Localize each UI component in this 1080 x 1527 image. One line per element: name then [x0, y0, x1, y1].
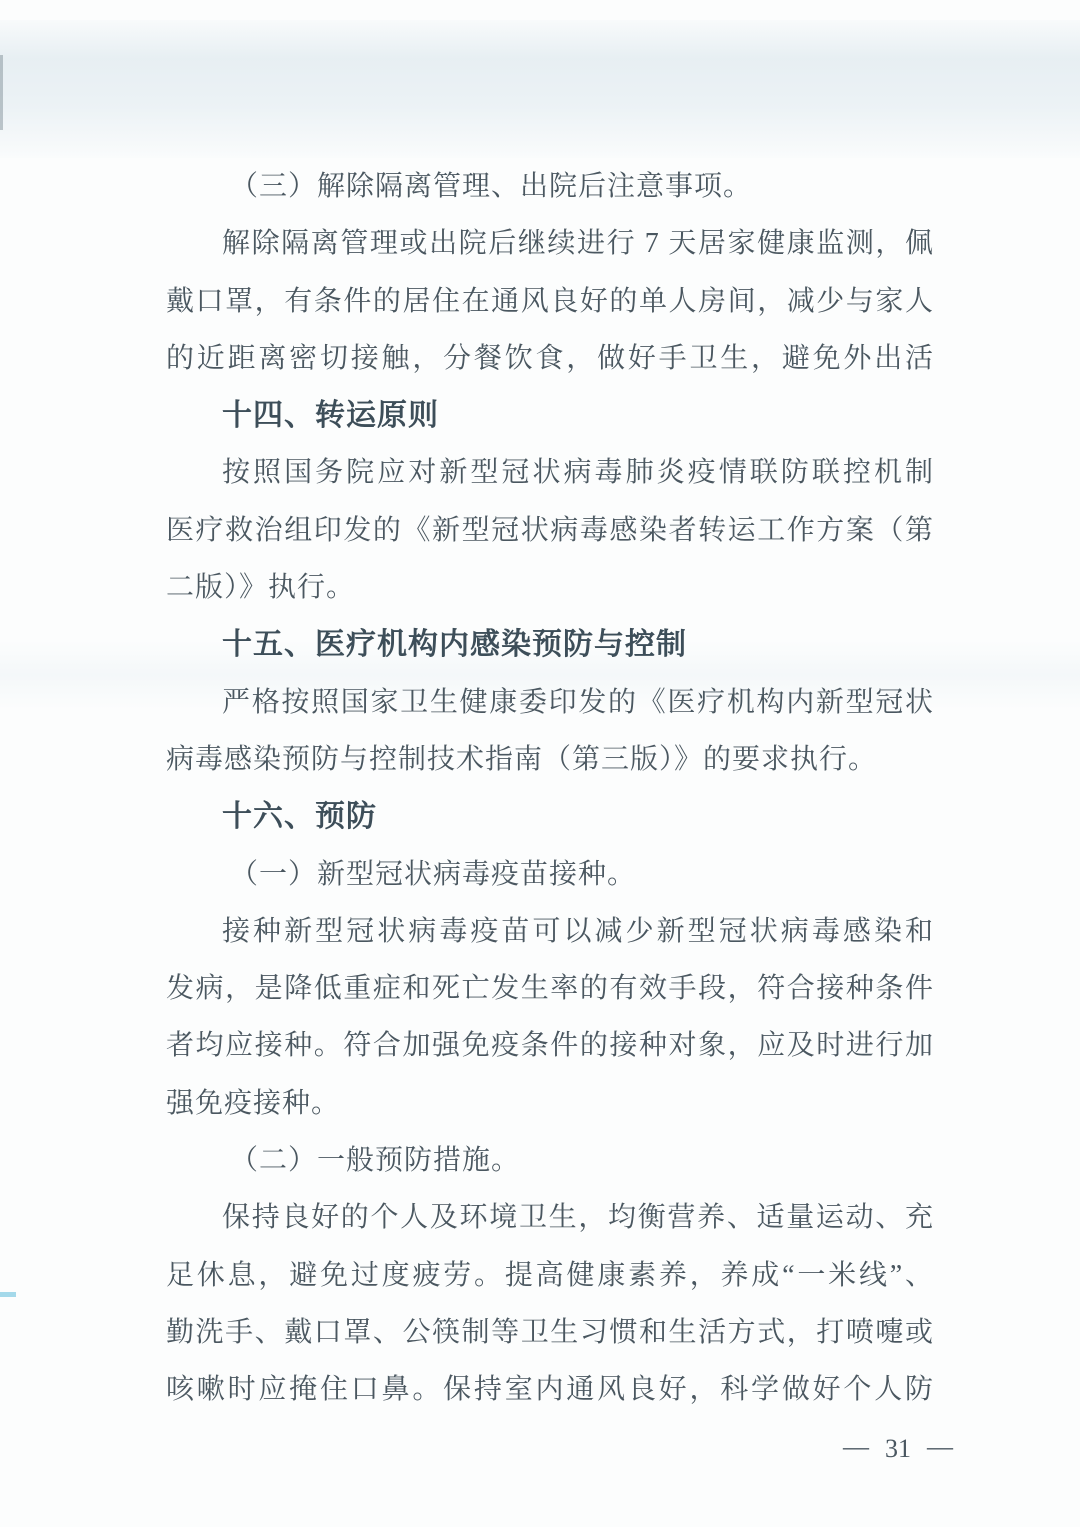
scan-artifact-cyan-tick [0, 1292, 16, 1297]
text-line: 保持良好的个人及环境卫生，均衡营养、适量运动、充 [166, 1189, 934, 1246]
footer-dash-left: — [843, 1432, 869, 1462]
scan-artifact-left-edge [0, 55, 3, 130]
scan-artifact-top-band [0, 20, 1080, 158]
page-footer: — 31 — [843, 1434, 953, 1464]
text-line: 足休息，避免过度疲劳。提高健康素养，养成“一米线”、 [166, 1247, 934, 1304]
text-line: 医疗救治组印发的《新型冠状病毒感染者转运工作方案（第 [166, 502, 934, 559]
document-page: （三）解除隔离管理、出院后注意事项。解除隔离管理或出院后继续进行 7 天居家健康… [0, 0, 1080, 1527]
text-line: （三）解除隔离管理、出院后注意事项。 [166, 158, 934, 215]
section-heading: 十五、医疗机构内感染预防与控制 [166, 616, 934, 673]
page-number: 31 [885, 1434, 911, 1464]
text-line: 严格按照国家卫生健康委印发的《医疗机构内新型冠状 [166, 674, 934, 731]
footer-dash-right: — [927, 1432, 953, 1462]
text-line: 强免疫接种。 [166, 1075, 934, 1132]
text-line: 二版）》执行。 [166, 559, 934, 616]
text-line: 咳嗽时应掩住口鼻。保持室内通风良好，科学做好个人防护， [166, 1361, 934, 1418]
text-line: 解除隔离管理或出院后继续进行 7 天居家健康监测，佩 [166, 215, 934, 272]
text-line: 发病，是降低重症和死亡发生率的有效手段，符合接种条件 [166, 960, 934, 1017]
section-heading: 十四、转运原则 [166, 387, 934, 444]
text-line: 的近距离密切接触，分餐饮食，做好手卫生，避免外出活动。 [166, 330, 934, 387]
text-line: 接种新型冠状病毒疫苗可以减少新型冠状病毒感染和 [166, 903, 934, 960]
text-line: 勤洗手、戴口罩、公筷制等卫生习惯和生活方式，打喷嚏或 [166, 1304, 934, 1361]
document-body: （三）解除隔离管理、出院后注意事项。解除隔离管理或出院后继续进行 7 天居家健康… [166, 158, 934, 1419]
section-heading: 十六、预防 [166, 788, 934, 845]
text-line: 病毒感染预防与控制技术指南（第三版）》的要求执行。 [166, 731, 934, 788]
text-line: （二）一般预防措施。 [166, 1132, 934, 1189]
text-line: 者均应接种。符合加强免疫条件的接种对象，应及时进行加 [166, 1017, 934, 1074]
text-line: 按照国务院应对新型冠状病毒肺炎疫情联防联控机制 [166, 444, 934, 501]
text-line: 戴口罩，有条件的居住在通风良好的单人房间，减少与家人 [166, 273, 934, 330]
text-line: （一）新型冠状病毒疫苗接种。 [166, 846, 934, 903]
